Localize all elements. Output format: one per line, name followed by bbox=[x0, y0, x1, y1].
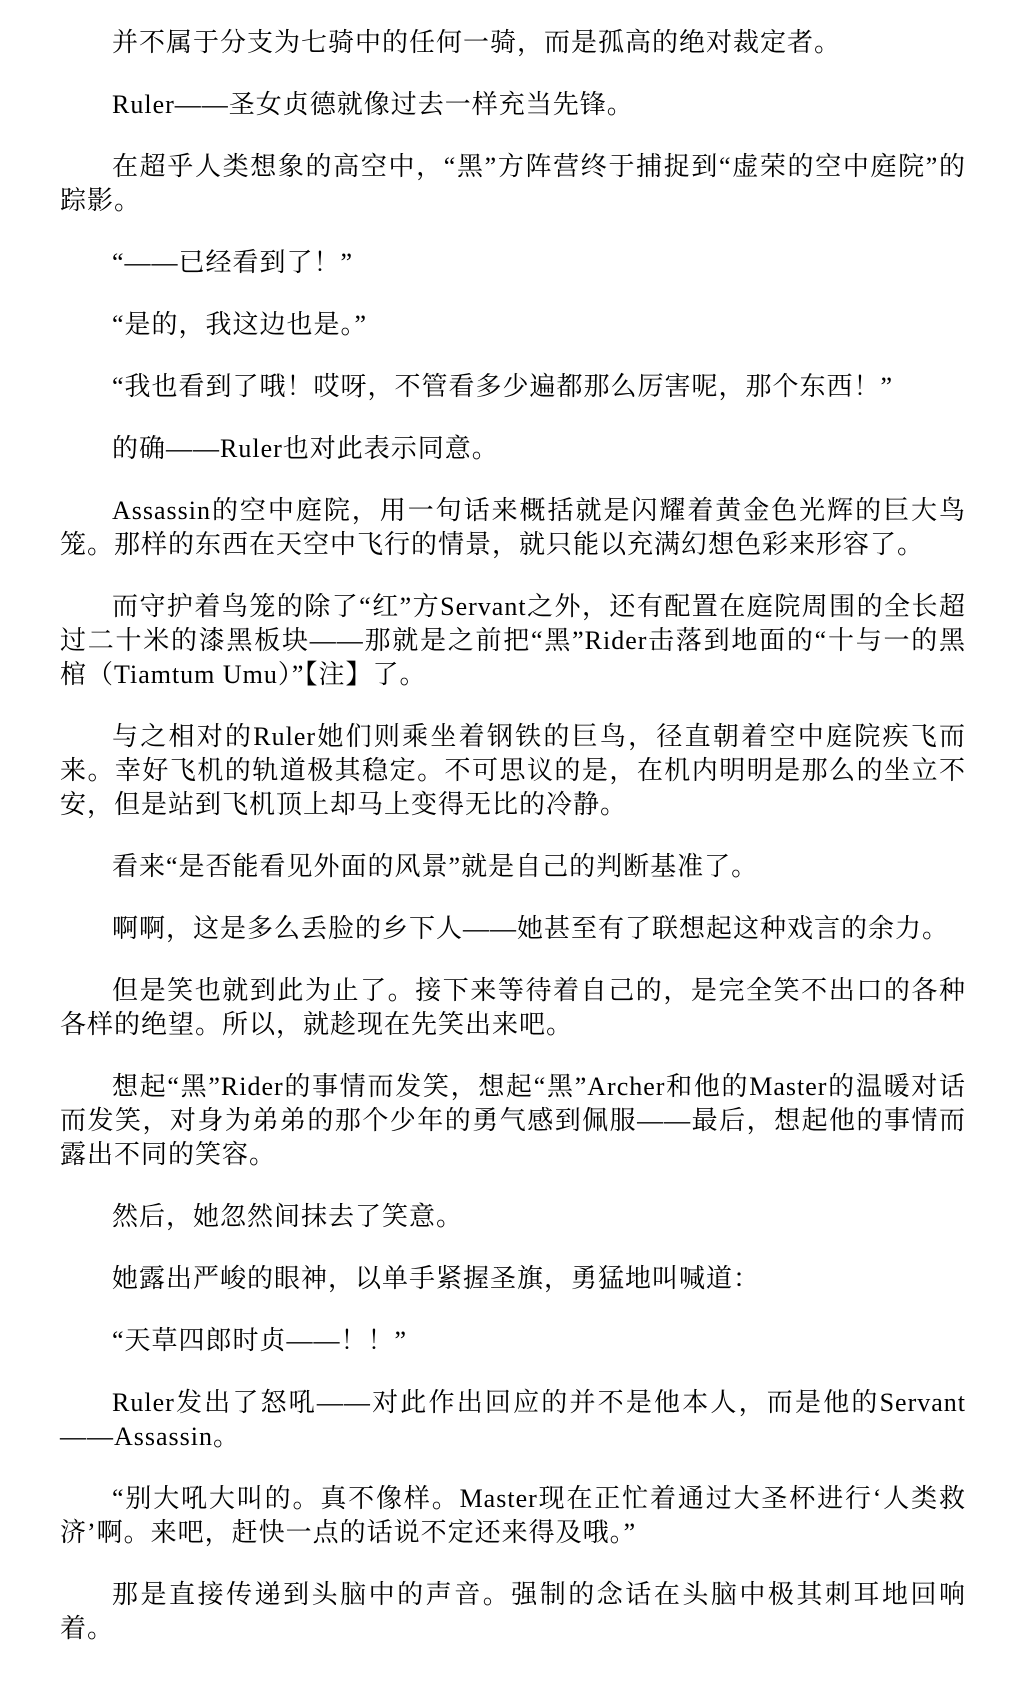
paragraph-12: 啊啊，这是多么丢脸的乡下人——她甚至有了联想起这种戏言的余力。 bbox=[60, 912, 966, 946]
paragraph-20: 那是直接传递到头脑中的声音。强制的念话在头脑中极其刺耳地回响着。 bbox=[60, 1578, 966, 1646]
paragraph-14: 想起“黑”Rider的事情而发笑，想起“黑”Archer和他的Master的温暖… bbox=[60, 1070, 966, 1172]
paragraph-4: “——已经看到了！” bbox=[60, 246, 966, 280]
paragraph-1: 并不属于分支为七骑中的任何一骑，而是孤高的绝对裁定者。 bbox=[60, 26, 966, 60]
paragraph-17: “天草四郎时贞——！！” bbox=[60, 1324, 966, 1358]
paragraph-10: 与之相对的Ruler她们则乘坐着钢铁的巨鸟，径直朝着空中庭院疾飞而来。幸好飞机的… bbox=[60, 720, 966, 822]
paragraph-11: 看来“是否能看见外面的风景”就是自己的判断基准了。 bbox=[60, 850, 966, 884]
paragraph-15: 然后，她忽然间抹去了笑意。 bbox=[60, 1200, 966, 1234]
novel-page: 并不属于分支为七骑中的任何一骑，而是孤高的绝对裁定者。Ruler——圣女贞德就像… bbox=[0, 0, 1022, 1682]
paragraph-2: Ruler——圣女贞德就像过去一样充当先锋。 bbox=[60, 88, 966, 122]
text-column: 并不属于分支为七骑中的任何一骑，而是孤高的绝对裁定者。Ruler——圣女贞德就像… bbox=[60, 26, 966, 1646]
paragraph-6: “我也看到了哦！哎呀，不管看多少遍都那么厉害呢，那个东西！” bbox=[60, 370, 966, 404]
paragraph-3: 在超乎人类想象的高空中，“黑”方阵营终于捕捉到“虚荣的空中庭院”的踪影。 bbox=[60, 150, 966, 218]
paragraph-19: “别大吼大叫的。真不像样。Master现在正忙着通过大圣杯进行‘人类救济’啊。来… bbox=[60, 1482, 966, 1550]
paragraph-5: “是的，我这边也是。” bbox=[60, 308, 966, 342]
paragraph-16: 她露出严峻的眼神，以单手紧握圣旗，勇猛地叫喊道： bbox=[60, 1262, 966, 1296]
paragraph-9: 而守护着鸟笼的除了“红”方Servant之外，还有配置在庭院周围的全长超过二十米… bbox=[60, 590, 966, 692]
paragraph-8: Assassin的空中庭院，用一句话来概括就是闪耀着黄金色光辉的巨大鸟笼。那样的… bbox=[60, 494, 966, 562]
paragraph-7: 的确——Ruler也对此表示同意。 bbox=[60, 432, 966, 466]
paragraph-18: Ruler发出了怒吼——对此作出回应的并不是他本人，而是他的Servant——A… bbox=[60, 1386, 966, 1454]
paragraph-13: 但是笑也就到此为止了。接下来等待着自己的，是完全笑不出口的各种各样的绝望。所以，… bbox=[60, 974, 966, 1042]
